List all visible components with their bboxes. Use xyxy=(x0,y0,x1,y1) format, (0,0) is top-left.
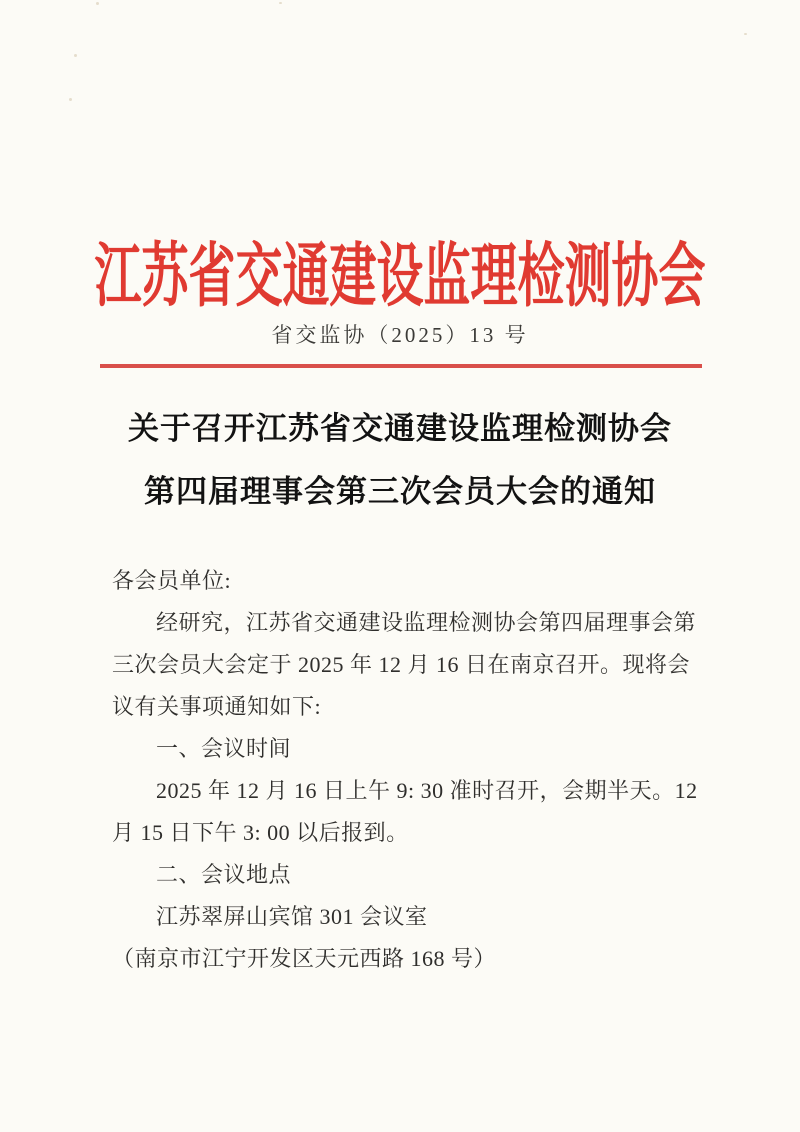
body-line-venue: 江苏翠屏山宾馆 301 会议室 xyxy=(112,896,698,938)
red-header-divider xyxy=(100,364,702,368)
document-number: 省交监协（2025）13 号 xyxy=(0,319,800,349)
scan-speck xyxy=(69,98,72,101)
scan-speck xyxy=(74,54,77,57)
scan-speck xyxy=(96,2,99,5)
notice-title: 关于召开江苏省交通建设监理检测协会 第四届理事会第三次会员大会的通知 xyxy=(0,397,800,523)
scan-speck xyxy=(744,33,747,35)
notice-title-line1: 关于召开江苏省交通建设监理检测协会 xyxy=(0,397,800,460)
body-line-section-2: 二、会议地点 xyxy=(112,854,698,896)
body-line-section-1: 一、会议时间 xyxy=(112,728,698,770)
document-page: 江苏省交通建设监理检测协会 省交监协（2025）13 号 关于召开江苏省交通建设… xyxy=(0,0,800,1132)
body-line: 2025 年 12 月 16 日上午 9: 30 准时召开，会期半天。12 xyxy=(112,770,698,812)
body-line-salutation: 各会员单位: xyxy=(112,560,698,602)
body-line-address: （南京市江宁开发区天元西路 168 号） xyxy=(112,938,698,980)
body-line: 经研究，江苏省交通建设监理检测协会第四届理事会第 xyxy=(112,602,698,644)
notice-body: 各会员单位: 经研究，江苏省交通建设监理检测协会第四届理事会第 三次会员大会定于… xyxy=(112,560,698,980)
body-line: 月 15 日下午 3: 00 以后报到。 xyxy=(112,812,698,854)
notice-title-line2: 第四届理事会第三次会员大会的通知 xyxy=(0,460,800,523)
scan-speck xyxy=(279,2,282,4)
body-line: 议有关事项通知如下: xyxy=(112,686,698,728)
body-line: 三次会员大会定于 2025 年 12 月 16 日在南京召开。现将会 xyxy=(112,644,698,686)
organization-title: 江苏省交通建设监理检测协会 xyxy=(0,221,800,320)
